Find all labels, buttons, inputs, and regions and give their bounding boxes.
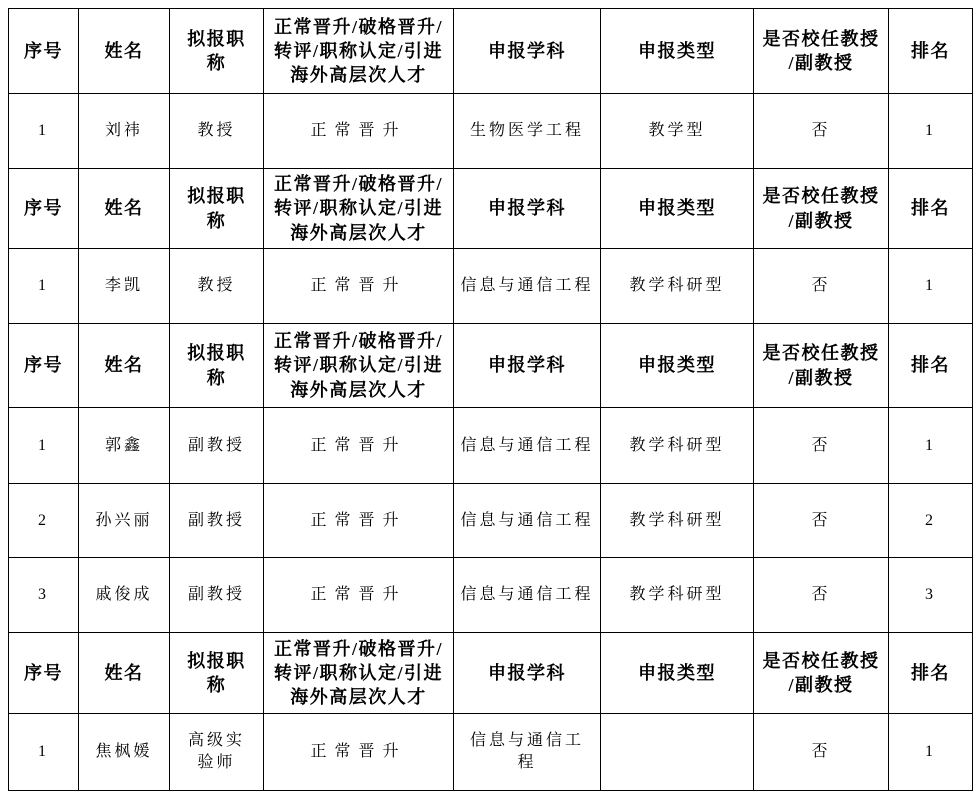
cell-promotion-path: 正常晋升 (264, 249, 454, 324)
promotion-table: 序号 姓名 拟报职 称 正常晋升/破格晋升/ 转评/职称认定/引进 海外高层次人… (8, 8, 973, 791)
cell-rank: 2 (889, 484, 973, 558)
cell-school-professor: 否 (754, 558, 889, 633)
cell-name: 郭鑫 (79, 408, 170, 484)
header-cell-promotion-path: 正常晋升/破格晋升/ 转评/职称认定/引进 海外高层次人才 (264, 633, 454, 714)
table-row: 1 李凯 教授 正常晋升 信息与通信工程 教学科研型 否 1 (9, 249, 973, 324)
header-cell-application-type: 申报类型 (601, 169, 754, 249)
header-cell-rank: 排名 (889, 169, 973, 249)
header-cell-proposed-title: 拟报职 称 (170, 9, 264, 94)
cell-application-type: 教学型 (601, 94, 754, 169)
table-row: 1 刘祎 教授 正常晋升 生物医学工程 教学型 否 1 (9, 94, 973, 169)
header-cell-index: 序号 (9, 169, 79, 249)
header-cell-rank: 排名 (889, 9, 973, 94)
table-row: 3 戚俊成 副教授 正常晋升 信息与通信工程 教学科研型 否 3 (9, 558, 973, 633)
cell-proposed-title: 教授 (170, 249, 264, 324)
cell-application-type: 教学科研型 (601, 558, 754, 633)
cell-rank: 1 (889, 94, 973, 169)
header-cell-index: 序号 (9, 324, 79, 408)
cell-school-professor: 否 (754, 94, 889, 169)
cell-application-type (601, 714, 754, 791)
cell-index: 2 (9, 484, 79, 558)
cell-discipline: 信息与通信工程 (454, 249, 601, 324)
header-cell-discipline: 申报学科 (454, 324, 601, 408)
cell-application-type: 教学科研型 (601, 249, 754, 324)
header-cell-application-type: 申报类型 (601, 324, 754, 408)
header-cell-name: 姓名 (79, 324, 170, 408)
cell-name: 孙兴丽 (79, 484, 170, 558)
table-header-row: 序号 姓名 拟报职 称 正常晋升/破格晋升/ 转评/职称认定/引进 海外高层次人… (9, 9, 973, 94)
cell-promotion-path: 正常晋升 (264, 408, 454, 484)
cell-index: 1 (9, 94, 79, 169)
header-cell-name: 姓名 (79, 169, 170, 249)
table-header-row: 序号 姓名 拟报职 称 正常晋升/破格晋升/ 转评/职称认定/引进 海外高层次人… (9, 633, 973, 714)
cell-discipline: 信息与通信工程 (454, 408, 601, 484)
header-cell-rank: 排名 (889, 633, 973, 714)
header-cell-name: 姓名 (79, 9, 170, 94)
header-cell-index: 序号 (9, 9, 79, 94)
cell-proposed-title: 教授 (170, 94, 264, 169)
cell-discipline: 信息与通信工 程 (454, 714, 601, 791)
page: 序号 姓名 拟报职 称 正常晋升/破格晋升/ 转评/职称认定/引进 海外高层次人… (0, 0, 978, 800)
header-cell-index: 序号 (9, 633, 79, 714)
table-header-row: 序号 姓名 拟报职 称 正常晋升/破格晋升/ 转评/职称认定/引进 海外高层次人… (9, 169, 973, 249)
cell-name: 李凯 (79, 249, 170, 324)
header-cell-school-professor: 是否校任教授 /副教授 (754, 324, 889, 408)
cell-name: 焦枫媛 (79, 714, 170, 791)
cell-promotion-path: 正常晋升 (264, 714, 454, 791)
cell-rank: 1 (889, 249, 973, 324)
header-cell-school-professor: 是否校任教授 /副教授 (754, 633, 889, 714)
cell-proposed-title: 副教授 (170, 408, 264, 484)
cell-application-type: 教学科研型 (601, 484, 754, 558)
cell-promotion-path: 正常晋升 (264, 558, 454, 633)
cell-school-professor: 否 (754, 249, 889, 324)
cell-school-professor: 否 (754, 408, 889, 484)
cell-rank: 1 (889, 714, 973, 791)
cell-index: 1 (9, 714, 79, 791)
table-row: 1 焦枫媛 高级实 验师 正常晋升 信息与通信工 程 否 1 (9, 714, 973, 791)
cell-discipline: 生物医学工程 (454, 94, 601, 169)
cell-school-professor: 否 (754, 714, 889, 791)
cell-name: 戚俊成 (79, 558, 170, 633)
cell-index: 3 (9, 558, 79, 633)
table-row: 2 孙兴丽 副教授 正常晋升 信息与通信工程 教学科研型 否 2 (9, 484, 973, 558)
cell-index: 1 (9, 408, 79, 484)
header-cell-proposed-title: 拟报职 称 (170, 169, 264, 249)
header-cell-proposed-title: 拟报职 称 (170, 633, 264, 714)
table-row: 1 郭鑫 副教授 正常晋升 信息与通信工程 教学科研型 否 1 (9, 408, 973, 484)
table-header-row: 序号 姓名 拟报职 称 正常晋升/破格晋升/ 转评/职称认定/引进 海外高层次人… (9, 324, 973, 408)
header-cell-application-type: 申报类型 (601, 9, 754, 94)
cell-rank: 3 (889, 558, 973, 633)
cell-proposed-title: 副教授 (170, 558, 264, 633)
cell-promotion-path: 正常晋升 (264, 94, 454, 169)
header-cell-school-professor: 是否校任教授 /副教授 (754, 9, 889, 94)
header-cell-promotion-path: 正常晋升/破格晋升/ 转评/职称认定/引进 海外高层次人才 (264, 9, 454, 94)
header-cell-proposed-title: 拟报职 称 (170, 324, 264, 408)
header-cell-name: 姓名 (79, 633, 170, 714)
cell-proposed-title: 高级实 验师 (170, 714, 264, 791)
cell-application-type: 教学科研型 (601, 408, 754, 484)
cell-school-professor: 否 (754, 484, 889, 558)
cell-discipline: 信息与通信工程 (454, 558, 601, 633)
header-cell-promotion-path: 正常晋升/破格晋升/ 转评/职称认定/引进 海外高层次人才 (264, 169, 454, 249)
header-cell-discipline: 申报学科 (454, 633, 601, 714)
header-cell-discipline: 申报学科 (454, 169, 601, 249)
cell-rank: 1 (889, 408, 973, 484)
cell-index: 1 (9, 249, 79, 324)
header-cell-promotion-path: 正常晋升/破格晋升/ 转评/职称认定/引进 海外高层次人才 (264, 324, 454, 408)
cell-proposed-title: 副教授 (170, 484, 264, 558)
cell-promotion-path: 正常晋升 (264, 484, 454, 558)
header-cell-school-professor: 是否校任教授 /副教授 (754, 169, 889, 249)
header-cell-application-type: 申报类型 (601, 633, 754, 714)
header-cell-discipline: 申报学科 (454, 9, 601, 94)
cell-name: 刘祎 (79, 94, 170, 169)
header-cell-rank: 排名 (889, 324, 973, 408)
cell-discipline: 信息与通信工程 (454, 484, 601, 558)
